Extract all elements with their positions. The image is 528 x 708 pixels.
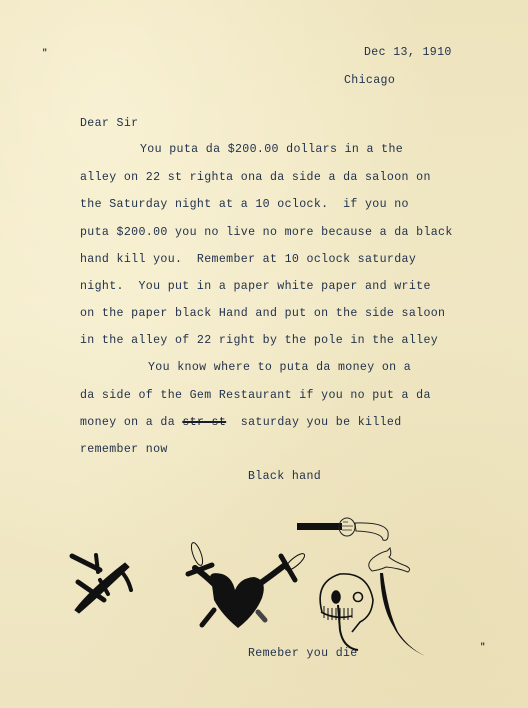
drawings	[0, 0, 528, 708]
crossed-daggers-icon	[72, 555, 131, 613]
heart-pierced-by-daggers-icon	[188, 541, 307, 628]
skull-icon	[320, 574, 373, 650]
dagger-icon	[369, 548, 428, 657]
knife-icon	[297, 518, 388, 540]
letter-page: " " Dec 13, 1910 Chicago Dear Sir You pu…	[0, 0, 528, 708]
